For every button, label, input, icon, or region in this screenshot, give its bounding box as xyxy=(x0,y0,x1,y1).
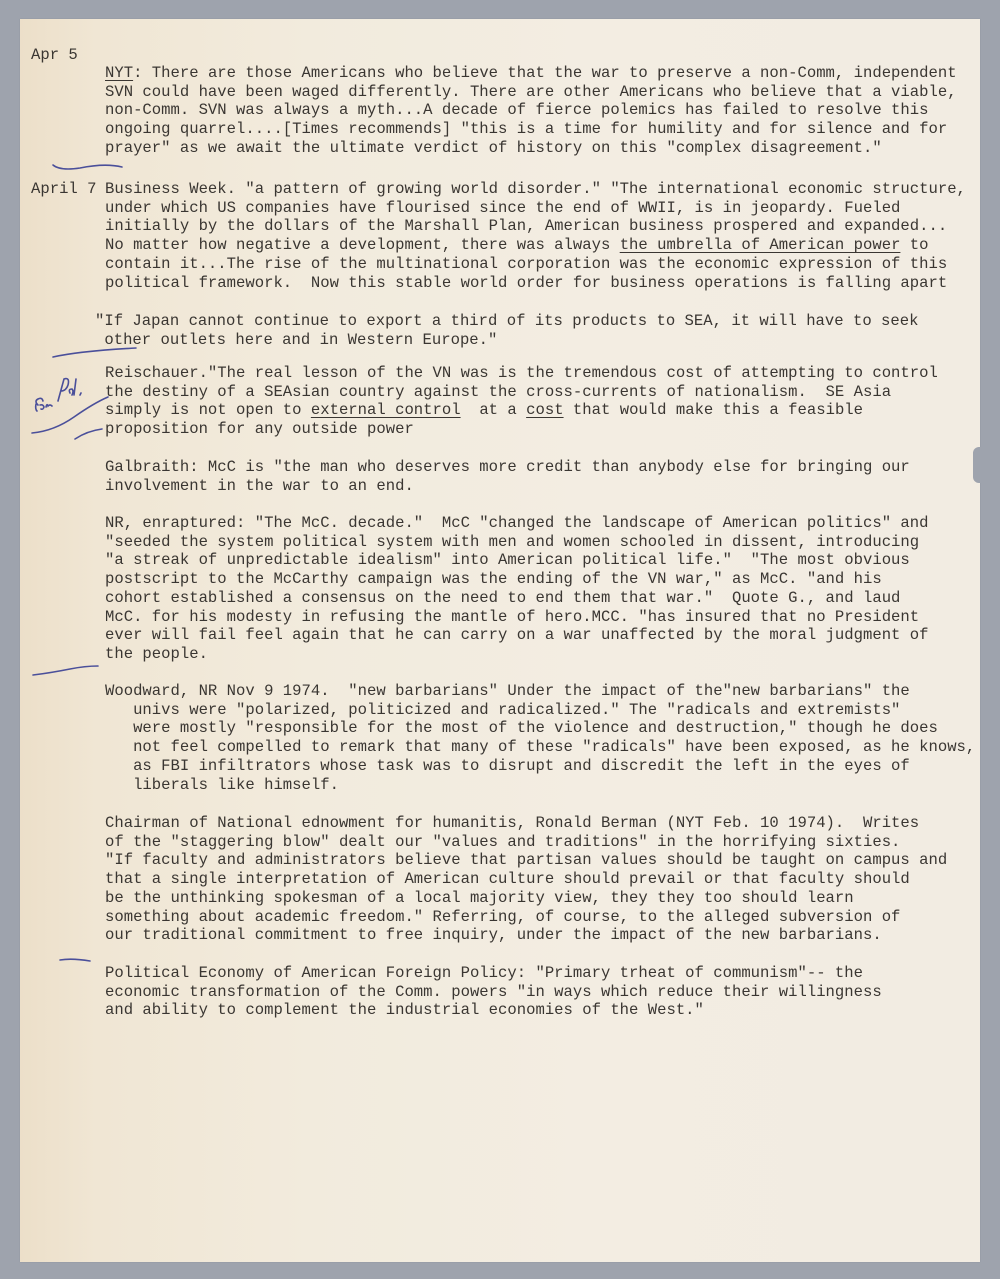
text-line: Reischauer."The real lesson of the VN wa… xyxy=(105,364,938,383)
text-line: economic transformation of the Comm. pow… xyxy=(105,983,882,1002)
pen-stroke-icon xyxy=(30,661,105,681)
underlined-phrase: external control xyxy=(311,401,461,419)
text-line-rest: : There are those Americans who believe … xyxy=(133,64,956,82)
text-fragment: simply is not open to xyxy=(105,401,311,419)
text-line: other outlets here and in Western Europe… xyxy=(95,331,497,350)
text-line: cohort established a consensus on the ne… xyxy=(105,589,900,608)
entry-date: April 7 xyxy=(31,180,97,199)
text-line: SVN could have been waged differently. T… xyxy=(105,83,957,102)
text-line: of the "staggering blow" dealt our "valu… xyxy=(105,833,900,852)
paper-notch xyxy=(973,447,981,483)
text-fragment: No matter how negative a development, th… xyxy=(105,236,620,254)
text-line: be the unthinking spokesman of a local m… xyxy=(105,889,854,908)
pen-stroke-icon xyxy=(58,955,98,967)
text-line: "If faculty and administrators believe t… xyxy=(105,851,947,870)
text-line: ongoing quarrel....[Times recommends] "t… xyxy=(105,120,947,139)
entry-date: Apr 5 xyxy=(31,46,78,65)
text-line: NYT: There are those Americans who belie… xyxy=(105,64,957,83)
text-line: that a single interpretation of American… xyxy=(105,870,910,889)
text-line: McC. for his modesty in refusing the man… xyxy=(105,608,919,627)
text-line: No matter how negative a development, th… xyxy=(105,236,929,255)
text-line: something about academic freedom." Refer… xyxy=(105,908,900,927)
text-line: under which US companies have flourised … xyxy=(105,199,900,218)
text-line: and ability to complement the industrial… xyxy=(105,1001,704,1020)
text-line: "If Japan cannot continue to export a th… xyxy=(95,312,918,331)
source-nyt: NYT xyxy=(105,64,133,82)
text-fragment: at a xyxy=(461,401,527,419)
text-line: not feel compelled to remark that many o… xyxy=(105,738,975,757)
text-line: proposition for any outside power xyxy=(105,420,414,439)
text-line: Chairman of National ednowment for human… xyxy=(105,814,919,833)
typewritten-page: Apr 5 NYT: There are those Americans who… xyxy=(20,19,980,1262)
text-line: Business Week. "a pattern of growing wor… xyxy=(105,180,966,199)
text-line: "a streak of unpredictable idealism" int… xyxy=(105,551,910,570)
text-line: contain it...The rise of the multination… xyxy=(105,255,947,274)
text-line: univs were "polarized, politicized and r… xyxy=(105,701,900,720)
text-line: Political Economy of American Foreign Po… xyxy=(105,964,863,983)
text-line: NR, enraptured: "The McC. decade." McC "… xyxy=(105,514,928,533)
text-line: liberals like himself. xyxy=(105,776,339,795)
underlined-phrase: cost xyxy=(526,401,563,419)
pen-stroke-icon xyxy=(50,157,130,177)
text-line: ever will fail feel again that he can ca… xyxy=(105,626,928,645)
text-line: political framework. Now this stable wor… xyxy=(105,274,947,293)
text-fragment: to xyxy=(900,236,928,254)
text-line: prayer" as we await the ultimate verdict… xyxy=(105,139,882,158)
text-line: involvement in the war to an end. xyxy=(105,477,414,496)
text-fragment: that would make this a feasible xyxy=(564,401,863,419)
text-line: the people. xyxy=(105,645,208,664)
text-line: "seeded the system political system with… xyxy=(105,533,919,552)
text-line: as FBI infiltrators whose task was to di… xyxy=(105,757,910,776)
text-line: were mostly "responsible for the most of… xyxy=(105,719,938,738)
text-line: postscript to the McCarthy campaign was … xyxy=(105,570,882,589)
text-line: initially by the dollars of the Marshall… xyxy=(105,217,947,236)
underlined-phrase: the umbrella of American power xyxy=(620,236,901,254)
text-line: Woodward, NR Nov 9 1974. "new barbarians… xyxy=(105,682,910,701)
text-line: simply is not open to external control a… xyxy=(105,401,863,420)
text-line: the destiny of a SEAsian country against… xyxy=(105,383,891,402)
text-line: our traditional commitment to free inqui… xyxy=(105,926,882,945)
text-line: non-Comm. SVN was always a myth...A deca… xyxy=(105,101,928,120)
text-line: Galbraith: McC is "the man who deserves … xyxy=(105,458,910,477)
